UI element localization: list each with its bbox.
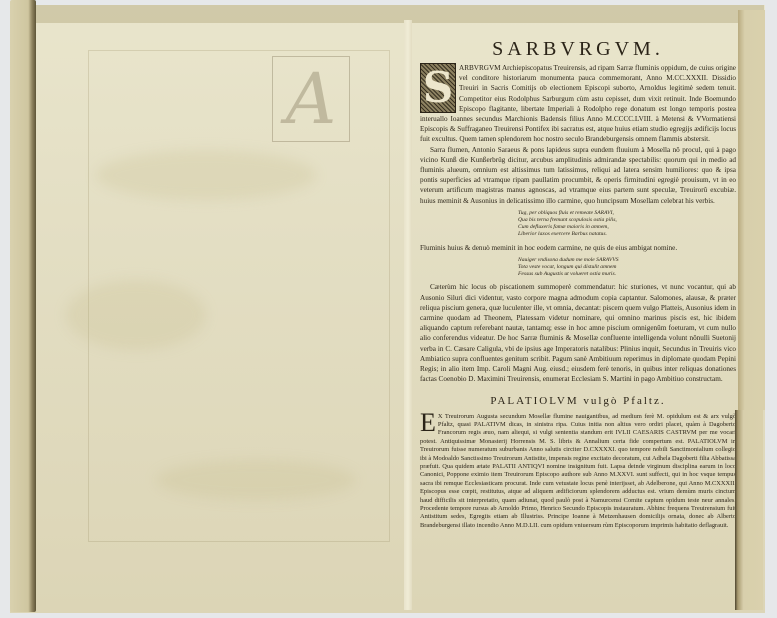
center-fold	[404, 20, 412, 610]
initial-e: E	[420, 413, 436, 433]
show-through-initial: A	[272, 56, 350, 142]
paragraph-2: Sarra flumen, Antonio Saraeus & pons lap…	[420, 145, 736, 206]
paragraph-3: Fluminis huius & denuò meminit in hoc eo…	[420, 243, 736, 253]
right-tape-strip-upper	[738, 10, 765, 410]
right-page-text: SARBVRGVM. S ARBVRGVM Archiepiscopatus T…	[420, 38, 736, 530]
paragraph-1: ARBVRGVM Archiepiscopatus Treuirensis, a…	[420, 63, 736, 145]
decorated-initial: S	[420, 63, 456, 113]
verse-2: Nauiger vndisona dudum me mole SARAVVS T…	[518, 257, 736, 279]
left-tape-strip	[10, 0, 36, 612]
verse-1: Tug, per obliquos fluis et remeate SARAV…	[518, 210, 736, 239]
left-page-blank: A	[36, 20, 404, 610]
right-tape-strip-lower	[735, 410, 763, 610]
paragraph-5: X Treuirorum Augusta secundum Mosellæ fl…	[420, 413, 736, 531]
paragraph-4: Cæterùm hic locus ob piscationem summope…	[420, 282, 736, 384]
section-subtitle: PALATIOLVM vulgò Pfaltz.	[420, 395, 736, 407]
section-title: SARBVRGVM.	[420, 38, 736, 61]
